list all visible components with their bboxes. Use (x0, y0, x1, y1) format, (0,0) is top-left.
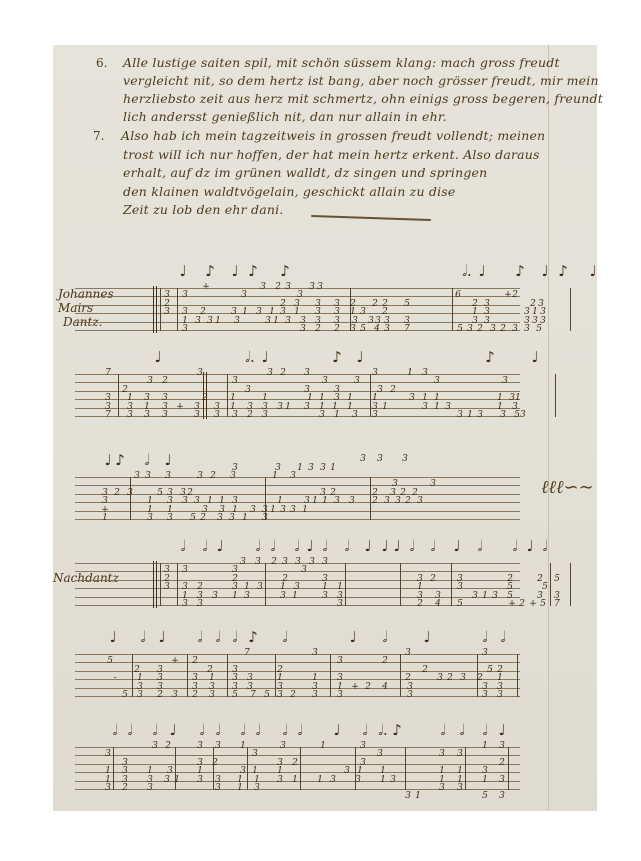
tab-fret-letter: 3 (254, 784, 260, 793)
tab-fret-letter: 3 (182, 600, 188, 609)
tab-fret-letter: 1 (334, 411, 340, 420)
bar-line (118, 374, 119, 417)
rhythm-flag-icon: ♪ (515, 264, 525, 279)
tab-fret-letter: 3 (322, 558, 328, 567)
tab-fret-letter: 5 (540, 600, 546, 609)
staff-line (75, 511, 520, 512)
tab-fret-letter: 1 (330, 464, 336, 473)
rhythm-flag-icon: 𝅗𝅥 (128, 723, 133, 738)
tab-fret-letter: 3 (290, 506, 296, 515)
rhythm-flag-icon: ♪ (205, 264, 215, 279)
tab-fret-letter: 3 (490, 325, 496, 334)
tab-fret-letter: 2 (365, 683, 371, 692)
tab-fret-letter: 3 (430, 480, 436, 489)
tab-fret-letter: 3 (250, 506, 256, 515)
tab-fret-letter: 7 (404, 325, 410, 334)
tab-fret-letter: 1 (482, 742, 488, 751)
bar-line (400, 654, 401, 697)
tab-fret-letter: 3 (482, 691, 488, 700)
tab-fret-letter: 3 (145, 472, 151, 481)
tab-fret-letter: 1 (242, 308, 248, 317)
bar-line (451, 563, 452, 606)
bar-line (177, 563, 178, 606)
rhythm-flag-icon: 𝅗𝅥 (345, 539, 350, 554)
tab-fret-letter: 3 (457, 784, 463, 793)
tab-fret-letter: 3 (147, 377, 153, 386)
rhythm-flag-icon: ♩ (154, 350, 161, 365)
tab-fret-letter: 3 (197, 776, 203, 785)
tab-fret-letter: 3 (280, 506, 286, 515)
tab-fret-letter: 5 (536, 325, 542, 334)
rhythm-flag-icon: ♩ (589, 264, 596, 279)
staff-line (75, 654, 520, 655)
tab-fret-letter: 2 (200, 514, 206, 523)
tab-fret-letter: 1 (272, 472, 278, 481)
tab-fret-letter: 3 (377, 750, 383, 759)
tab-fret-letter: 2 (382, 657, 388, 666)
tablature-system: ♩𝅗𝅥♩𝅗𝅥𝅗𝅥𝅗𝅥♪𝅗𝅥♩𝅗𝅥♩𝅗𝅥𝅗𝅥5+273323323232252-1… (75, 654, 520, 698)
tab-fret-letter: 3 (105, 750, 111, 759)
tab-fret-letter: 2 (390, 386, 396, 395)
bar-line (132, 654, 133, 697)
tab-fret-letter: 3 (282, 558, 288, 567)
bar-line (370, 374, 371, 417)
tablature-system: 𝅗𝅥𝅗𝅥♩𝅗𝅥𝅗𝅥𝅗𝅥♩𝅗𝅥𝅗𝅥♩♩♩𝅗𝅥𝅗𝅥♩𝅗𝅥𝅗𝅥♩𝅗𝅥332333333… (75, 563, 520, 607)
tab-fret-letter: 3 (197, 369, 203, 378)
tab-fret-letter: 3 (285, 283, 291, 292)
tab-fret-letter: 1 (380, 776, 386, 785)
tab-fret-letter: 3 (405, 649, 411, 658)
signature-flourish: ℓℓℓ∽∼ (541, 477, 594, 498)
rhythm-flag-icon: 𝅗𝅥 (483, 723, 488, 738)
tab-fret-letter: 3 (502, 377, 508, 386)
tab-fret-letter: 3 (312, 649, 318, 658)
tab-fret-letter: 3 (295, 558, 301, 567)
tab-fret-letter: 3 (304, 403, 310, 412)
tab-fret-letter: 5 (232, 691, 238, 700)
tab-fret-letter: 1 (467, 411, 473, 420)
tab-fret-letter: 3 (437, 674, 443, 683)
tab-fret-letter: 1 (285, 403, 291, 412)
staff-line (75, 671, 520, 672)
tab-fret-letter: 1 (312, 497, 318, 506)
tab-fret-letter: 3 (472, 592, 478, 601)
tab-fret-letter: 7 (244, 649, 250, 658)
bar-line (465, 747, 466, 790)
tab-fret-letter: 3 (232, 411, 238, 420)
tab-fret-letter: 3 (215, 742, 221, 751)
tab-fret-letter: 3 (182, 566, 188, 575)
bar-line (452, 288, 453, 331)
staff-line (75, 322, 520, 323)
tab-fret-letter: + (351, 683, 359, 692)
rhythm-flag-icon: 𝅗𝅥 (283, 630, 288, 645)
tab-fret-letter: 2 (519, 600, 525, 609)
tab-fret-letter: 2 (422, 666, 428, 675)
rhythm-flag-icon: 𝅗𝅥 (271, 539, 276, 554)
tab-fret-letter: 2 (315, 325, 321, 334)
tab-fret-letter: 3 (477, 411, 483, 420)
verse-line: Also hab ich mein tagzeitweis in grossen… (121, 128, 545, 143)
staff-line (75, 399, 520, 400)
ruled-margin-line (548, 45, 549, 811)
tab-fret-letter: 3 (137, 691, 143, 700)
tab-fret-letter: 2 (157, 691, 163, 700)
rhythm-flag-icon: ♩ (423, 630, 430, 645)
staff-line (75, 747, 520, 748)
rhythm-flag-icon: ♩ (349, 630, 356, 645)
staff-line (75, 494, 520, 495)
tab-fret-letter: 3 (409, 394, 415, 403)
rhythm-flag-icon: 𝅗𝅥 (501, 630, 506, 645)
tab-fret-letter: 3 (368, 317, 374, 326)
rhythm-flag-icon: 𝅗𝅥 (256, 539, 261, 554)
tab-fret-letter: 3 (360, 455, 366, 464)
tab-fret-letter: 3 (214, 411, 220, 420)
tab-fret-letter: 3 (144, 411, 150, 420)
tab-fret-letter: + (176, 403, 184, 412)
tab-fret-letter: 53 (514, 411, 525, 420)
tab-fret-letter: 2 (275, 283, 281, 292)
tab-fret-letter: 1 (322, 497, 328, 506)
tab-fret-letter: 3 (212, 592, 218, 601)
staff-line (75, 519, 520, 520)
rhythm-flag-icon: 𝅗𝅥. (462, 264, 472, 279)
bar-line (570, 563, 571, 606)
tab-fret-letter: 3 (229, 514, 235, 523)
tab-fret-letter: + (529, 600, 537, 609)
staff-line (75, 477, 520, 478)
bar-line (570, 288, 571, 331)
tab-fret-letter: 3 (499, 742, 505, 751)
tab-fret-letter: 3 (402, 455, 408, 464)
rhythm-flag-icon: 𝅗𝅥 (233, 630, 238, 645)
tab-fret-letter: 3 (262, 514, 268, 523)
tab-fret-letter: 3 (407, 691, 413, 700)
tab-fret-letter: 2 (447, 674, 453, 683)
staff-line (75, 408, 520, 409)
rhythm-flag-icon: ♩ (541, 264, 548, 279)
tab-fret-letter: 1 (232, 592, 238, 601)
tab-fret-letter: 3 (439, 750, 445, 759)
bar-line (187, 654, 188, 697)
tab-fret-letter: 3 (127, 489, 133, 498)
tab-fret-letter: 3 (244, 592, 250, 601)
tab-fret-letter: 1 (294, 308, 300, 317)
verse-line: herzliebsto zeit aus herz mit schmertz, … (123, 91, 603, 106)
tab-fret-letter: 1 (482, 592, 488, 601)
tab-fret-letter: 3 (344, 767, 350, 776)
rhythm-flag-icon: 𝅗𝅥 (153, 723, 158, 738)
tab-fret-letter: 1 (482, 776, 488, 785)
tab-fret-letter: 2 (122, 784, 128, 793)
tab-fret-letter: 5 (554, 575, 560, 584)
tab-fret-letter: + (171, 657, 179, 666)
rhythm-flag-icon: 𝅗𝅥 (295, 539, 300, 554)
tab-fret-letter: 1 (237, 784, 243, 793)
tab-fret-letter: 3 (197, 742, 203, 751)
rhythm-flag-icon: ♩ (261, 350, 268, 365)
tab-fret-letter: 3 (334, 497, 340, 506)
tab-fret-letter: 3 (405, 792, 411, 801)
rhythm-flag-icon: ♩ (169, 723, 176, 738)
tab-fret-letter: 3 (384, 325, 390, 334)
tab-fret-letter: 1 (382, 403, 388, 412)
bar-line (275, 654, 276, 697)
tab-fret-letter: 2 (512, 291, 518, 300)
rhythm-flag-icon: 𝅗𝅥 (141, 630, 146, 645)
rhythm-flag-icon: 𝅗𝅥 (383, 630, 388, 645)
tab-fret-letter: 3 (285, 317, 291, 326)
tab-fret-letter: 3 (484, 317, 490, 326)
rhythm-flag-icon: ♩ (306, 539, 313, 554)
bar-line (130, 477, 131, 520)
tab-fret-letter: 3 (105, 784, 111, 793)
verse-line: den klainen waldtvögelain, geschickt all… (123, 184, 456, 199)
tab-fret-letter: 1 (292, 592, 298, 601)
tab-fret-letter: 3 (304, 369, 310, 378)
tab-fret-letter: 3 (245, 386, 251, 395)
tab-fret-letter: 3 (265, 317, 271, 326)
tab-fret-letter: 5 (404, 300, 410, 309)
tab-fret-letter: 3 (182, 497, 188, 506)
tab-fret-letter: 3 (277, 403, 283, 412)
bar-line (555, 374, 556, 417)
tab-fret-letter: 7 (554, 600, 560, 609)
bar-line (550, 563, 551, 606)
staff-line (75, 416, 520, 417)
tab-fret-letter: 3 (524, 325, 530, 334)
tab-fret-letter: 3 (422, 403, 428, 412)
tab-fret-letter: 3 (457, 583, 463, 592)
bar-line (300, 747, 301, 790)
tab-fret-letter: 3 (350, 325, 356, 334)
rhythm-flag-icon: 𝅗𝅥 (478, 539, 483, 554)
tab-fret-letter: 2 (372, 497, 378, 506)
tab-fret-letter: 3 (207, 317, 213, 326)
tab-fret-letter: + (202, 283, 210, 292)
tab-fret-letter: 2 (290, 691, 296, 700)
tab-fret-letter: 2 (405, 497, 411, 506)
rhythm-flag-icon: 𝅗𝅥 (410, 539, 415, 554)
tab-fret-letter: 4 (435, 600, 441, 609)
tab-fret-letter: 6 (455, 291, 461, 300)
tab-fret-letter: 5 (360, 325, 366, 334)
tab-fret-letter: 3 (256, 308, 262, 317)
tab-fret-letter: 2 (271, 558, 277, 567)
bar-line (400, 563, 401, 606)
rhythm-flag-icon: ♪ (332, 350, 342, 365)
rhythm-flag-icon: ♪ (248, 630, 258, 645)
tab-fret-letter: 3 (512, 325, 518, 334)
tab-fret-letter: 2 (114, 489, 120, 498)
tab-fret-letter: 1 (302, 506, 308, 515)
staff-line (75, 485, 520, 486)
tab-fret-letter: 3 (372, 369, 378, 378)
verse-line: lich andersst genießlich nit, dan nur al… (123, 109, 447, 124)
tab-fret-letter: 3 (377, 386, 383, 395)
bar-line (113, 747, 114, 790)
tab-fret-letter: 5 (264, 691, 270, 700)
staff-line (75, 755, 520, 756)
rhythm-flag-icon: ♩ (393, 539, 400, 554)
tab-fret-letter: 3 (252, 750, 258, 759)
tab-fret-letter: 3 (215, 784, 221, 793)
tab-fret-letter: 1 (407, 369, 413, 378)
rhythm-flag-icon: ♩ (333, 723, 340, 738)
tab-fret-letter: 3 (165, 472, 171, 481)
tab-fret-letter: 1 (102, 514, 108, 523)
verse-line: Zeit zu lob den ehr dani. (123, 202, 283, 217)
tab-fret-letter: 1 (174, 776, 180, 785)
bar-line (345, 563, 346, 606)
tab-fret-letter: 3 (309, 283, 315, 292)
tab-fret-letter: 2 (417, 600, 423, 609)
tab-fret-letter: 3 (309, 558, 315, 567)
tab-fret-letter: 3 (164, 776, 170, 785)
tab-fret-letter: 1 (415, 792, 421, 801)
rhythm-flag-icon: 𝅗𝅥 (431, 539, 436, 554)
tab-fret-letter: 3 (217, 514, 223, 523)
tab-fret-letter: 3 (377, 455, 383, 464)
bar-line (227, 374, 228, 417)
tab-fret-letter: 4 (374, 325, 380, 334)
tab-fret-letter: 3 (354, 377, 360, 386)
tab-fret-letter: 3 (267, 369, 273, 378)
tab-fret-letter: 3 (337, 657, 343, 666)
tab-fret-letter: 5 (457, 325, 463, 334)
tablature-system: ♩𝅗𝅥.♩♪♩♪♩7323332333313332233332313311113… (75, 374, 520, 418)
rhythm-flag-icon: 𝅗𝅥 (241, 723, 246, 738)
tab-fret-letter: 3 (500, 411, 506, 420)
tab-fret-letter: 3 (294, 300, 300, 309)
rhythm-flag-icon: 𝅗𝅥 (200, 723, 205, 738)
tab-fret-letter: 2 (210, 472, 216, 481)
tab-fret-letter: 7 (250, 691, 256, 700)
verse-line: trost will ich nur hoffen, der hat mein … (123, 147, 540, 162)
tab-fret-letter: 3 (172, 691, 178, 700)
bar-line (517, 654, 518, 697)
tab-fret-letter: 3 (197, 472, 203, 481)
tab-fret-letter: 3 (167, 514, 173, 523)
tab-fret-letter: 3 (497, 691, 503, 700)
rhythm-flag-icon: ♩ (164, 453, 171, 468)
tab-fret-letter: 3 (127, 411, 133, 420)
tab-fret-letter: 3 (162, 411, 168, 420)
tab-fret-letter: 5 (190, 514, 196, 523)
tab-fret-letter: 3 (194, 497, 200, 506)
rhythm-flag-icon: ♩ (231, 264, 238, 279)
rhythm-flag-icon: ♪ (115, 453, 125, 468)
tab-fret-letter: 3 (457, 411, 463, 420)
tab-fret-letter: 3 (255, 558, 261, 567)
staff-line (75, 662, 520, 663)
tab-fret-letter: 2 (280, 369, 286, 378)
tab-fret-letter: 3 (240, 558, 246, 567)
tab-fret-letter: 3 (280, 592, 286, 601)
rhythm-flag-icon: 𝅗𝅥 (113, 723, 118, 738)
staff-line (75, 605, 520, 606)
tab-fret-letter: 3 (499, 776, 505, 785)
bar-line (330, 654, 331, 697)
tab-fret-letter: 3 (147, 784, 153, 793)
double-bar-line (153, 561, 157, 608)
tab-fret-letter: 3 (322, 377, 328, 386)
tab-fret-letter: 2 (202, 394, 208, 403)
tab-fret-letter: 3 (482, 649, 488, 658)
tab-fret-letter: 3 (277, 776, 283, 785)
tab-fret-letter: 3 (290, 472, 296, 481)
rhythm-flag-icon: ♩ (478, 264, 485, 279)
rhythm-flag-icon: 𝅗𝅥 (513, 539, 518, 554)
tablature-system: ♩♪𝅗𝅥♩33332331331331333333235332322322313… (75, 477, 520, 521)
tab-fret-letter: 3 (234, 317, 240, 326)
staff-line (75, 580, 520, 581)
tab-fret-letter: 5 (157, 489, 163, 498)
tab-fret-letter: 3 (194, 411, 200, 420)
tab-fret-letter: 3 (241, 291, 247, 300)
rhythm-flag-icon: 𝅗𝅥 (198, 630, 203, 645)
tab-fret-letter: 2 (165, 742, 171, 751)
tab-fret-letter: 5 (457, 600, 463, 609)
staff-line (75, 382, 520, 383)
rhythm-flag-icon: 𝅗𝅥 (216, 723, 221, 738)
tab-fret-letter: 3 (460, 674, 466, 683)
tab-fret-letter: 3 (337, 691, 343, 700)
tab-fret-letter: 3 (319, 411, 325, 420)
staff-line (75, 288, 520, 289)
tab-fret-letter: 3 (164, 308, 170, 317)
tab-fret-letter: 3 (457, 750, 463, 759)
rhythm-flag-icon: ♪ (485, 350, 495, 365)
tab-fret-letter: 3 (337, 600, 343, 609)
bar-line (160, 288, 161, 331)
double-bar-line (153, 286, 157, 333)
verse-number: 6. (96, 56, 107, 70)
tab-fret-letter: 3 (152, 742, 158, 751)
rhythm-flag-icon: 𝅗𝅥. (245, 350, 255, 365)
bar-line (265, 563, 266, 606)
tab-fret-letter: 1 (273, 317, 279, 326)
rhythm-flag-icon: ♩ (381, 539, 388, 554)
tab-fret-letter: 3 (320, 464, 326, 473)
tablature-system: 𝅗𝅥𝅗𝅥𝅗𝅥♩𝅗𝅥𝅗𝅥𝅗𝅥𝅗𝅥𝅗𝅥𝅗𝅥♩𝅗𝅥𝅗𝅥.♪𝅗𝅥𝅗𝅥𝅗𝅥♩3233131… (75, 747, 520, 791)
tab-fret-letter: 3 (312, 691, 318, 700)
tab-fret-letter: 3 (230, 472, 236, 481)
tab-fret-letter: 3 (330, 776, 336, 785)
tab-fret-letter: 2 (192, 657, 198, 666)
tab-fret-letter: - (113, 674, 116, 683)
tab-fret-letter: 5 (487, 666, 493, 675)
tab-fret-letter: + (508, 600, 516, 609)
rhythm-flag-icon: 𝅗𝅥 (283, 723, 288, 738)
rhythm-flag-icon: ♩ (179, 264, 186, 279)
bar-line (247, 747, 248, 790)
tab-fret-letter: 1 (242, 514, 248, 523)
tab-fret-letter: 3 (260, 283, 266, 292)
rhythm-flag-icon: ♪ (558, 264, 568, 279)
tab-fret-letter: 2 (192, 691, 198, 700)
tab-fret-letter: 2 (477, 325, 483, 334)
rhythm-flag-icon: 𝅗𝅥. (378, 723, 388, 738)
tab-fret-letter: 3 (275, 464, 281, 473)
tab-fret-letter: 3 (360, 308, 366, 317)
tab-fret-letter: 1 (270, 506, 276, 515)
tab-fret-letter: 4 (382, 683, 388, 692)
tab-fret-letter: 2 (372, 300, 378, 309)
tab-fret-letter: 3 (182, 291, 188, 300)
rhythm-flag-icon: 𝅗𝅥 (145, 453, 150, 468)
